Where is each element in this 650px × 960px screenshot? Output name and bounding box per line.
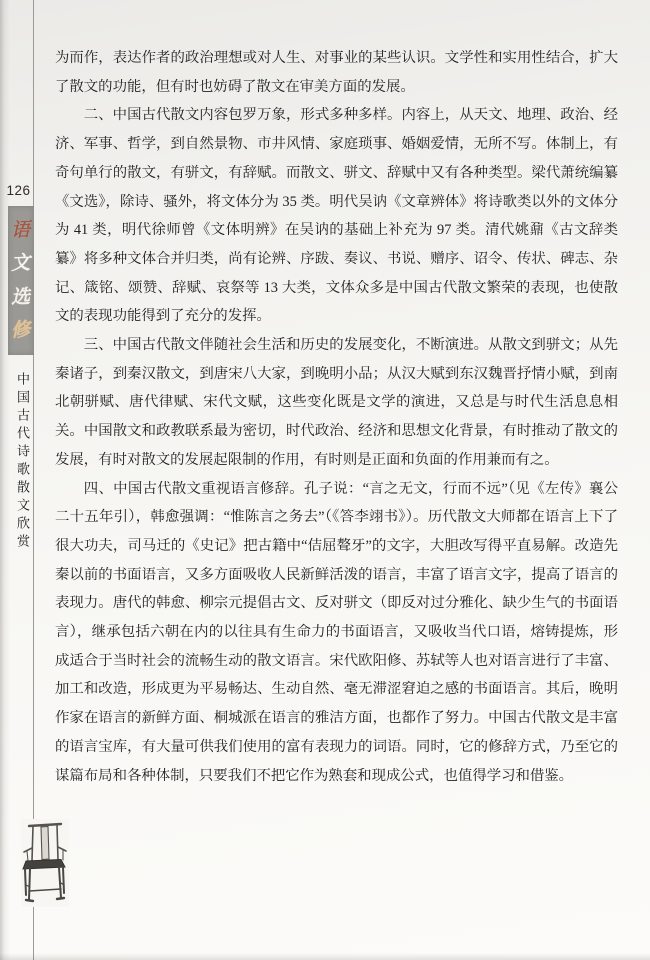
page-edge-shadow-left (0, 0, 10, 960)
paragraph-2: 二、中国古代散文内容包罗万象，形式多种多样。内容上，从天文、地理、政治、经济、军… (55, 101, 618, 331)
series-title-char-3: 选 (11, 287, 31, 307)
series-title-char-1: 语 (11, 220, 31, 240)
page-number: 126 (4, 183, 33, 198)
chair-illustration-icon (21, 817, 69, 911)
paragraph-3: 三、中国古代散文伴随社会生活和历史的发展变化，不断演进。从散文到骈文；从先秦诸子… (55, 331, 618, 475)
body-text: 为而作，表达作者的政治理想或对人生、对事业的某些认识。文学性和实用性结合，扩大了… (55, 44, 618, 790)
series-subtitle: 中国古代诗歌散文欣赏 (13, 372, 32, 572)
series-title-box: 语 文 选 修 (8, 206, 34, 355)
page-edge-shadow-bottom (0, 953, 650, 960)
book-page: 126 语 文 选 修 中国古代诗歌散文欣赏 为而作，表达作者的政治理想或对人生… (0, 0, 650, 960)
paragraph-continuation: 为而作，表达作者的政治理想或对人生、对事业的某些认识。文学性和实用性结合，扩大了… (55, 44, 618, 101)
series-title-char-2: 文 (11, 254, 31, 274)
paragraph-4: 四、中国古代散文重视语言修辞。孔子说：“言之无文，行而不远”（见《左传》襄公二十… (55, 475, 618, 791)
margin-rule (33, 0, 34, 960)
series-title-char-4: 修 (11, 321, 31, 341)
